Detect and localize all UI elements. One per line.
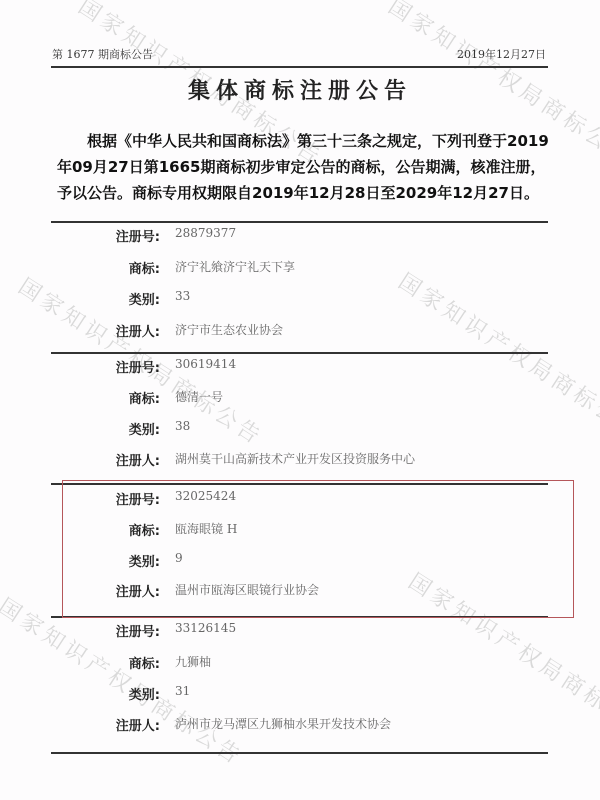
header-divider xyxy=(51,66,548,68)
mark-label: 商标: xyxy=(40,258,160,277)
record-divider xyxy=(51,752,548,754)
class-value: 31 xyxy=(175,684,190,698)
mark-value: 济宁礼飨济宁礼天下享 xyxy=(175,258,295,275)
record-divider xyxy=(51,352,548,354)
registrant-value: 湖州莫干山高新技术产业开发区投资服务中心 xyxy=(175,450,415,467)
class-value: 33 xyxy=(175,289,190,303)
class-value: 38 xyxy=(175,419,190,433)
mark-label: 商标: xyxy=(40,653,160,672)
reg-no-value: 30619414 xyxy=(175,357,236,371)
reg-no-label: 注册号: xyxy=(40,357,160,376)
mark-label: 商标: xyxy=(40,388,160,407)
announcement-date: 2019年12月27日 xyxy=(457,46,546,62)
page-title: 集体商标注册公告 xyxy=(0,74,600,105)
mark-value: 九狮柚 xyxy=(175,653,211,670)
reg-no-label: 注册号: xyxy=(40,621,160,640)
registrant-value: 济宁市生态农业协会 xyxy=(175,321,283,338)
registrant-label: 注册人: xyxy=(40,715,160,734)
intro-paragraph: 根据《中华人民共和国商标法》第三十三条之规定，下列刊登于2019年09月27日第… xyxy=(57,128,557,206)
mark-value: 德清一号 xyxy=(175,388,223,405)
highlight-box xyxy=(62,480,574,618)
registrant-label: 注册人: xyxy=(40,450,160,469)
registrant-value: 泸州市龙马潭区九狮柚水果开发技术协会 xyxy=(175,715,391,732)
reg-no-value: 28879377 xyxy=(175,226,236,240)
issue-number: 第 1677 期商标公告 xyxy=(52,46,153,62)
reg-no-value: 33126145 xyxy=(175,621,236,635)
class-label: 类别: xyxy=(40,684,160,703)
registrant-label: 注册人: xyxy=(40,321,160,340)
class-label: 类别: xyxy=(40,289,160,308)
record-divider xyxy=(51,221,548,223)
reg-no-label: 注册号: xyxy=(40,226,160,245)
class-label: 类别: xyxy=(40,419,160,438)
